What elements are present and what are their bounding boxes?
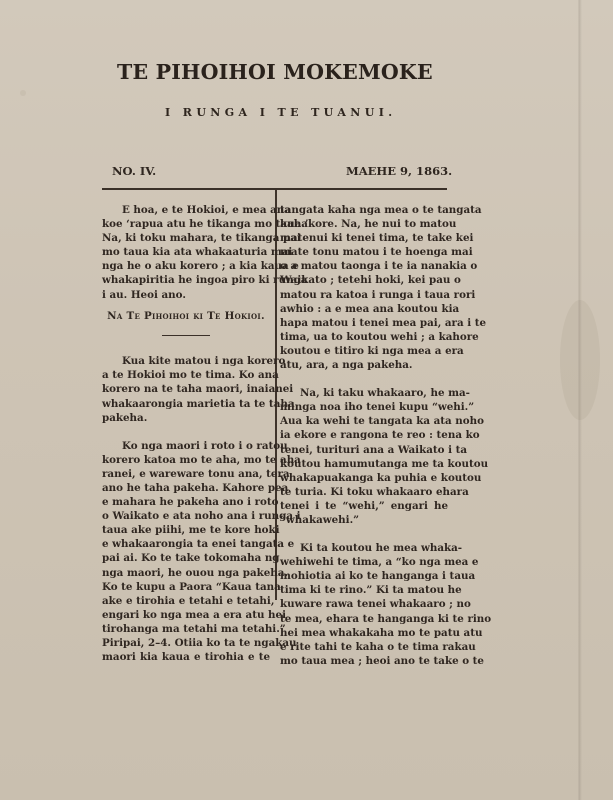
text-line: o Waikato e ata noho ana i runga i bbox=[102, 509, 270, 523]
text-line: hei mea whakakaha mo te patu atu bbox=[280, 626, 448, 640]
text-line: koutou hamumutanga me ta koutou bbox=[280, 457, 448, 471]
text-line: i au. Heoi ano. bbox=[102, 288, 270, 302]
text-line: awhio : a e mea ana koutou kia bbox=[280, 302, 448, 316]
text-line: whakapuakanga ka puhia e koutou bbox=[280, 471, 448, 485]
paper-speck bbox=[20, 90, 26, 96]
issue-date: MAEHE 9, 1863. bbox=[346, 164, 452, 178]
text-line: Ko te kupu a Paora “Kaua tana bbox=[102, 580, 270, 594]
paper-stain bbox=[560, 300, 600, 420]
text-line: mo taua mea ; heoi ano te take o te bbox=[280, 654, 448, 668]
text-line: atu, ara, a nga pakeha. bbox=[280, 358, 448, 372]
text-line: engari ko nga mea a era atu hei bbox=[102, 608, 270, 622]
text-line: nga he o aku korero ; a kia kaua e bbox=[102, 259, 270, 273]
text-line: mo taua kia ata whakaaturia mai bbox=[102, 245, 270, 259]
section-heading: Na Te Pihoihoi ki Te Hokioi. bbox=[102, 309, 270, 323]
text-line: mohiotia ai ko te hanganga i taua bbox=[280, 569, 448, 583]
text-line: whakapiritia he ingoa piro ki runga bbox=[102, 273, 270, 287]
text-line: tenei, turituri ana a Waikato i ta bbox=[280, 443, 448, 457]
text-line: ranei, e wareware tonu ana, tera bbox=[102, 467, 270, 481]
left-column: E hoa, e te Hokioi, e mea ana koe ‘rapua… bbox=[102, 203, 270, 664]
text-line: te mea, ehara te hanganga ki te rino bbox=[280, 612, 448, 626]
masthead-title: TE PIHOIHOI MOKEMOKE bbox=[117, 60, 397, 84]
text-line: Waikato ; tetehi hoki, kei pau o bbox=[280, 273, 448, 287]
text-line: nga maori, he ouou nga pakeha. bbox=[102, 566, 270, 580]
text-line: Ko nga maori i roto i o ratou bbox=[102, 439, 270, 453]
text-line: pakeha. bbox=[102, 411, 270, 425]
text-line: tenei i te “wehi,” engari he bbox=[280, 499, 448, 513]
text-line: “whakawehi.” bbox=[280, 513, 448, 527]
text-line: koutou e titiro ki nga mea a era bbox=[280, 344, 448, 358]
text-line: e whakaarongia ta enei tangata e bbox=[102, 537, 270, 551]
text-line: taua ake piihi, me te kore hoki bbox=[102, 523, 270, 537]
text-line: e mahara he pakeha ano i roto bbox=[102, 495, 270, 509]
text-line: tirohanga ma tetahi ma tetahi.” bbox=[102, 622, 270, 636]
text-line: wehiwehi te tima, a “ko nga mea e bbox=[280, 555, 448, 569]
text-line: kahakore. Na, he nui to matou bbox=[280, 217, 448, 231]
issue-number: NO. IV. bbox=[112, 164, 156, 178]
text-line: Piripai, 2–4. Otiia ko ta te ngakau bbox=[102, 636, 270, 650]
right-column: tangata kaha nga mea o te tangata kahako… bbox=[280, 203, 448, 668]
text-line: E hoa, e te Hokioi, e mea ana bbox=[102, 203, 270, 217]
text-line: maori kia kaua e tirohia e te bbox=[102, 650, 270, 664]
text-line: e rite tahi te kaha o te tima rakau bbox=[280, 640, 448, 654]
text-line: kuware rawa tenei whakaaro ; no bbox=[280, 597, 448, 611]
text-line: o a matou taonga i te ia nanakia o bbox=[280, 259, 448, 273]
text-line: minga noa iho tenei kupu “wehi.” bbox=[280, 400, 448, 414]
text-line: Ki ta koutou he mea whaka- bbox=[280, 541, 448, 555]
text-line: matenui ki tenei tima, te take kei bbox=[280, 231, 448, 245]
text-line: Na, ki taku whakaaro, he ma- bbox=[280, 386, 448, 400]
text-line: a te Hokioi mo te tima. Ko ana bbox=[102, 368, 270, 382]
text-line: whakaarongia marietia ta te taha bbox=[102, 397, 270, 411]
text-line: korero katoa mo te aha, mo te aha bbox=[102, 453, 270, 467]
text-line: te turia. Ki toku whakaaro ehara bbox=[280, 485, 448, 499]
text-line: hapa matou i tenei mea pai, ara i te bbox=[280, 316, 448, 330]
text-line: korero na te taha maori, inaianei bbox=[102, 382, 270, 396]
section-rule bbox=[162, 335, 210, 337]
text-line: tima, ua to koutou wehi ; a kahore bbox=[280, 330, 448, 344]
text-line: tima ki te rino.” Ki ta matou he bbox=[280, 583, 448, 597]
text-line: ia ekore e rangona te reo : tena ko bbox=[280, 428, 448, 442]
text-line: matou ra katoa i runga i taua rori bbox=[280, 288, 448, 302]
newspaper-page: TE PIHOIHOI MOKEMOKE I RUNGA I TE TUANUI… bbox=[0, 0, 613, 800]
text-line: ake e tirohia e tetahi e tetahi, bbox=[102, 594, 270, 608]
text-line: ano he taha pakeha. Kahore pea bbox=[102, 481, 270, 495]
text-line: koe ‘rapua atu he tikanga mo taua.’ bbox=[102, 217, 270, 231]
masthead-subtitle: I RUNGA I TE TUANUI. bbox=[165, 106, 397, 119]
text-line: tangata kaha nga mea o te tangata bbox=[280, 203, 448, 217]
text-line: Kua kite matou i nga korero bbox=[102, 354, 270, 368]
text-line: pai ai. Ko te take tokomaha ng bbox=[102, 551, 270, 565]
text-line: Na, ki toku mahara, te tikanga pai bbox=[102, 231, 270, 245]
text-line: Aua ka wehi te tangata ka ata noho bbox=[280, 414, 448, 428]
text-line: mate tonu matou i te hoenga mai bbox=[280, 245, 448, 259]
